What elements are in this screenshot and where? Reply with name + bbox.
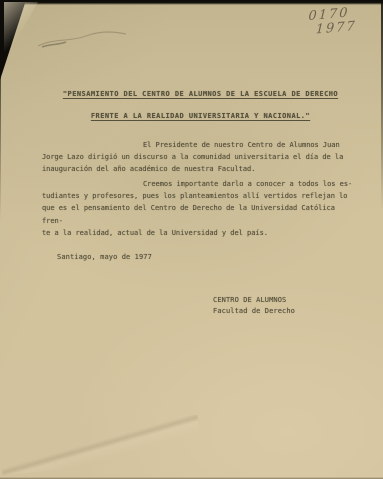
document-title-line2: FRENTE A LA REALIDAD UNIVERSITARIA Y NAC… [91, 112, 310, 120]
handwritten-archival-number: 0170 1977 [307, 6, 357, 39]
paragraph-2: Creemos importante darlo a conocer a tod… [42, 178, 354, 239]
date-line: Santiago, mayo de 1977 [57, 253, 152, 261]
document-title-line1: "PENSAMIENTO DEL CENTRO DE ALUMNOS DE LA… [63, 90, 338, 98]
scan-left-edge-shadow [0, 60, 1, 220]
scan-top-edge-shadow [0, 0, 383, 5]
paragraph-1: El Presidente de nuestro Centro de Alumn… [42, 139, 354, 176]
scanned-document-page: 0170 1977 "PENSAMIENTO DEL CENTRO DE ALU… [0, 0, 383, 479]
signature-organization: CENTRO DE ALUMNOS [213, 295, 295, 306]
document-title: "PENSAMIENTO DEL CENTRO DE ALUMNOS DE LA… [28, 83, 373, 127]
bottom-left-crease [0, 415, 202, 476]
signature-block: CENTRO DE ALUMNOS Facultad de Derecho [213, 295, 295, 316]
signature-department: Facultad de Derecho [213, 306, 295, 317]
crease-mark [36, 28, 128, 50]
fold-highlight [4, 2, 38, 62]
archival-year: 1977 [315, 20, 357, 38]
